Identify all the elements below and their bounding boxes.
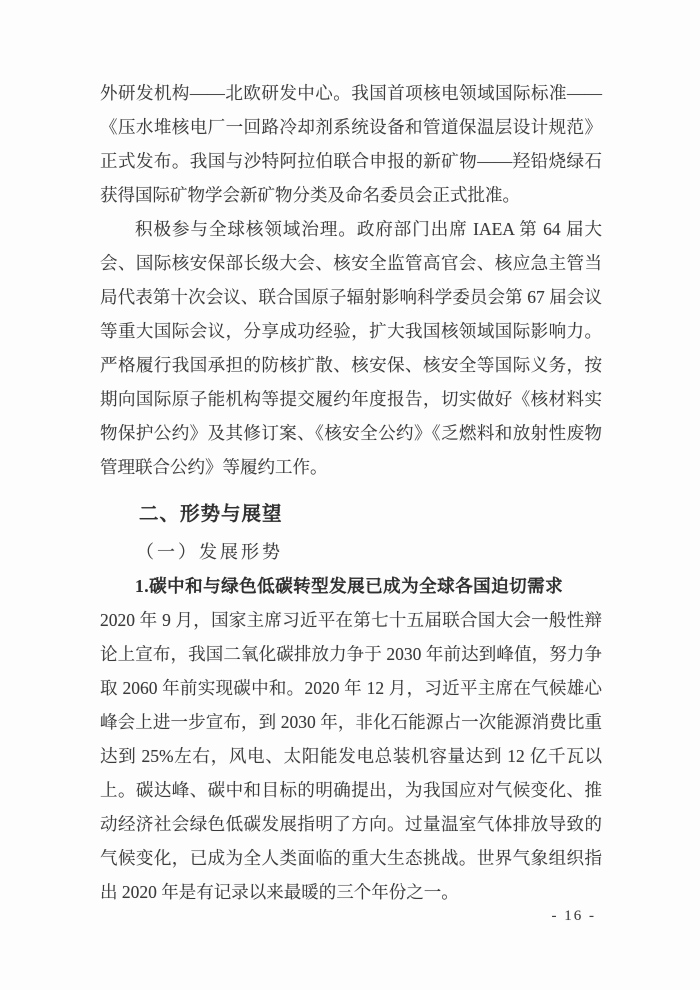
paragraph-global-governance: 积极参与全球核领域治理。政府部门出席 IAEA 第 64 届大会、国际核安保部长…: [100, 212, 602, 484]
point-heading: 1.碳中和与绿色低碳转型发展已成为全球各国迫切需求: [100, 569, 602, 603]
paragraph-continuation: 外研发机构——北欧研发中心。我国首项核电领域国际标准——《压水堆核电厂一回路冷却…: [100, 76, 602, 212]
page-text-block: 外研发机构——北欧研发中心。我国首项核电领域国际标准——《压水堆核电厂一回路冷却…: [100, 76, 602, 909]
section-heading: 二、形势与展望: [100, 497, 602, 531]
document-page: 外研发机构——北欧研发中心。我国首项核电领域国际标准——《压水堆核电厂一回路冷却…: [0, 0, 700, 990]
page-number: - 16 -: [552, 908, 597, 925]
subsection-heading: （一）发展形势: [100, 535, 602, 569]
paragraph-carbon-neutrality: 2020 年 9 月，国家主席习近平在第七十五届联合国大会一般性辩论上宣布，我国…: [100, 603, 602, 909]
